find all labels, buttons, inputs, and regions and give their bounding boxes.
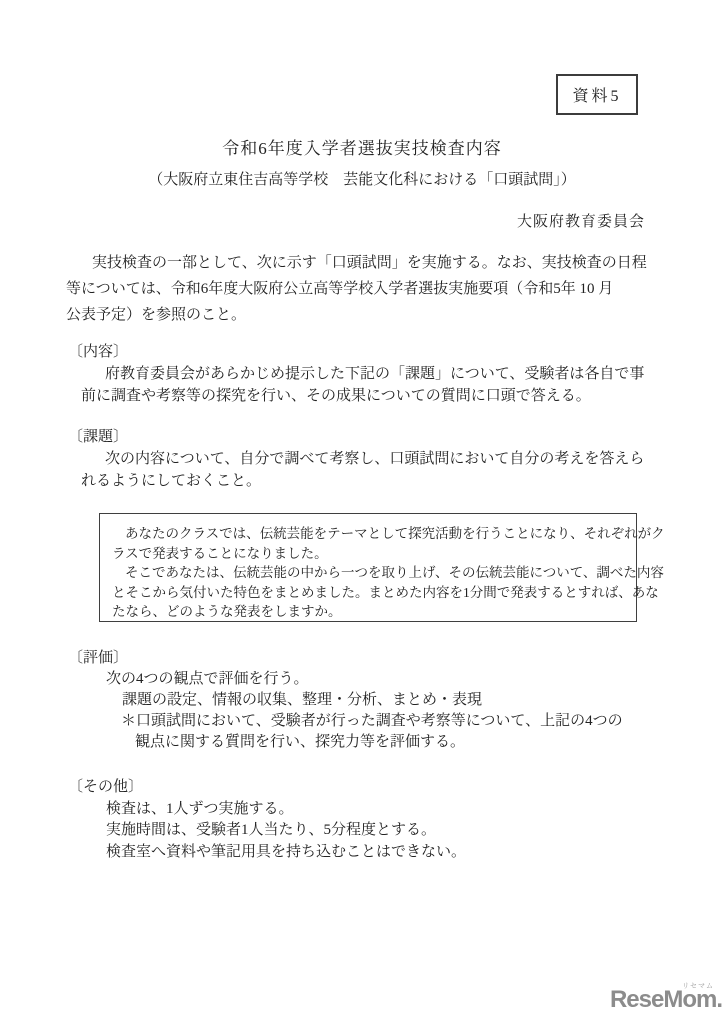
task-box-line: あなたのクラスでは、伝統芸能をテーマとして探究活動を行うことになり、それぞれがク [112, 524, 624, 544]
section-line: 次の内容について、自分で調べて考察し、口頭試問において自分の考えを答えら [66, 448, 666, 470]
intro-paragraph: 実技検査の一部として、次に示す「口頭試問」を実施する。なお、実技検査の日程 等に… [66, 250, 666, 328]
intro-line: 実技検査の一部として、次に示す「口頭試問」を実施する。なお、実技検査の日程 [66, 250, 666, 276]
section-heading: 〔課題〕 [66, 426, 666, 448]
reference-number-label: 資料5 [572, 83, 621, 106]
task-box-line: とそこから気付いた特色をまとめました。まとめた内容を1分間で発表するとすれば、あ… [112, 583, 624, 603]
issuing-authority: 大阪府教育委員会 [517, 210, 645, 231]
task-box-line: そこであなたは、伝統芸能の中から一つを取り上げ、その伝統芸能について、調べた内容 [112, 563, 624, 583]
intro-line: 等については、令和6年度大阪府公立高等学校入学者選抜実施要項（令和5年 10 月 [66, 276, 666, 302]
section-line: 観点に関する質問を行い、探究力等を評価する。 [66, 732, 666, 753]
section-line: 実施時間は、受験者1人当たり、5分程度とする。 [66, 820, 666, 842]
section-line: 府教育委員会があらかじめ提示した下記の「課題」について、受験者は各自で事 [66, 363, 666, 385]
document-page: 資料5 令和6年度入学者選抜実技検査内容 （大阪府立東住吉高等学校 芸能文化科に… [0, 0, 724, 1024]
section-line: 課題の設定、情報の収集、整理・分析、まとめ・表現 [66, 690, 666, 711]
section-content: 〔内容〕 府教育委員会があらかじめ提示した下記の「課題」について、受験者は各自で… [66, 341, 666, 407]
section-heading: 〔評価〕 [66, 648, 666, 669]
section-line: 検査室へ資料や筆記用具を持ち込むことはできない。 [66, 842, 666, 864]
section-heading: 〔その他〕 [66, 777, 666, 799]
section-task: 〔課題〕 次の内容について、自分で調べて考察し、口頭試問において自分の考えを答え… [66, 426, 666, 492]
page-title: 令和6年度入学者選抜実技検査内容 [0, 134, 724, 159]
section-line: れるようにしておくこと。 [66, 470, 666, 492]
section-line: 検査は、1人ずつ実施する。 [66, 799, 666, 821]
section-line: ＊口頭試問において、受験者が行った調査や考察等について、上記の4つの [66, 711, 666, 732]
section-line: 前に調査や考察等の探究を行い、その成果についての質問に口頭で答える。 [66, 385, 666, 407]
task-statement-box: あなたのクラスでは、伝統芸能をテーマとして探究活動を行うことになり、それぞれがク… [99, 513, 637, 622]
page-subtitle: （大阪府立東住吉高等学校 芸能文化科における「口頭試問」） [0, 168, 724, 189]
task-box-line: ラスで発表することになりました。 [112, 544, 624, 564]
section-heading: 〔内容〕 [66, 341, 666, 363]
intro-line: 公表予定）を参照のこと。 [66, 302, 666, 328]
task-box-line: たなら、どのような発表をしますか。 [112, 602, 624, 622]
section-evaluation: 〔評価〕 次の4つの観点で評価を行う。 課題の設定、情報の収集、整理・分析、まと… [66, 648, 666, 753]
reference-number-box: 資料5 [556, 74, 638, 115]
section-other: 〔その他〕 検査は、1人ずつ実施する。 実施時間は、受験者1人当たり、5分程度と… [66, 777, 666, 863]
resemom-logo-ruby: リセマム [682, 981, 714, 991]
section-line: 次の4つの観点で評価を行う。 [66, 669, 666, 690]
resemom-logo: リセマム ReseMom. [610, 986, 722, 1014]
